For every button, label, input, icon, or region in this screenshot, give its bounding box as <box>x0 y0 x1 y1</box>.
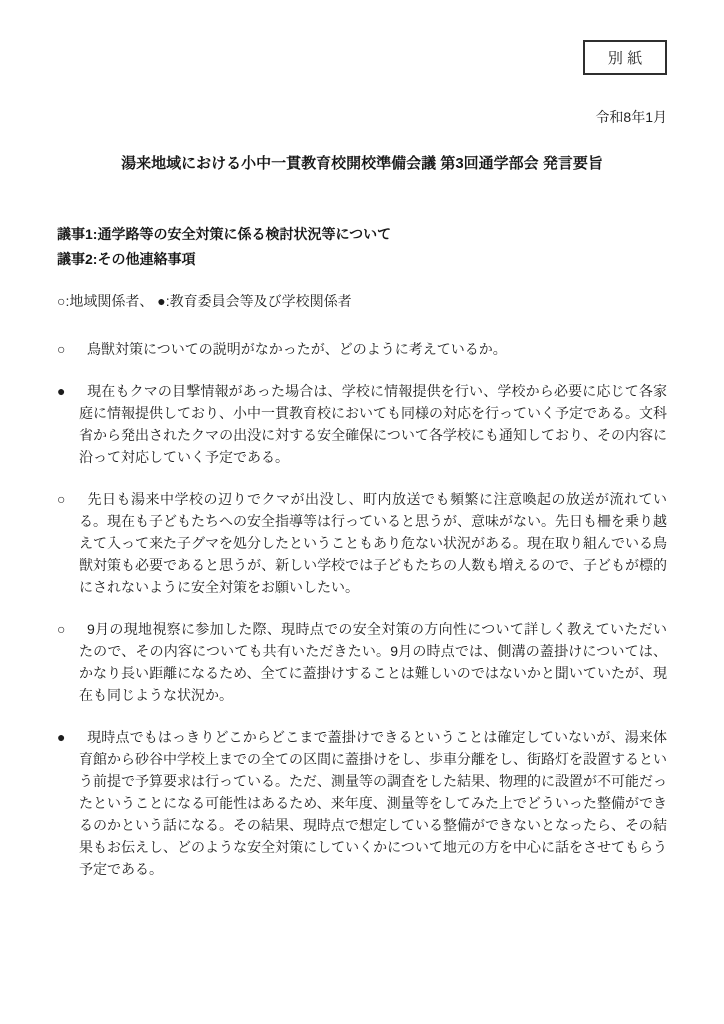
statement-4: ○9月の現地視察に参加した際、現時点での安全対策の方向性について詳しく教えていた… <box>57 618 667 706</box>
statement-3: ○先日も湯来中学校の辺りでクマが出没し、町内放送でも頻繁に注意喚起の放送が流れて… <box>57 488 667 598</box>
open-circle-marker-icon: ○ <box>57 618 87 640</box>
document-title: 湯来地域における小中一貫教育校開校準備会議 第3回通学部会 発言要旨 <box>57 152 667 176</box>
agenda-item-2: 議事2:その他連絡事項 <box>57 247 667 272</box>
filled-circle-marker-icon: ● <box>57 726 87 748</box>
agenda-list: 議事1:通学路等の安全対策に係る検討状況等について 議事2:その他連絡事項 <box>57 222 667 272</box>
statement-1: ○鳥獣対策についての説明がなかったが、どのように考えているか。 <box>57 338 667 360</box>
open-circle-marker-icon: ○ <box>57 488 87 510</box>
statement-5: ●現時点でもはっきりどこからどこまで蓋掛けできるということは確定していないが、湯… <box>57 726 667 880</box>
statement-text: 先日も湯来中学校の辺りでクマが出没し、町内放送でも頻繁に注意喚起の放送が流れてい… <box>79 491 667 595</box>
open-circle-marker-icon: ○ <box>57 338 87 360</box>
filled-circle-marker-icon: ● <box>57 380 87 402</box>
statement-text: 9月の現地視察に参加した際、現時点での安全対策の方向性について詳しく教えていただ… <box>79 621 667 703</box>
attachment-label-box: 別 紙 <box>583 40 667 75</box>
document-page: 別 紙 令和8年1月 湯来地域における小中一貫教育校開校準備会議 第3回通学部会… <box>0 0 724 1024</box>
statement-text: 現時点でもはっきりどこからどこまで蓋掛けできるということは確定していないが、湯来… <box>79 729 667 877</box>
statement-text: 現在もクマの目撃情報があった場合は、学校に情報提供を行い、学校から必要に応じて各… <box>79 383 667 465</box>
document-date: 令和8年1月 <box>57 106 667 128</box>
agenda-item-1: 議事1:通学路等の安全対策に係る検討状況等について <box>57 222 667 247</box>
statement-text: 鳥獣対策についての説明がなかったが、どのように考えているか。 <box>87 341 507 357</box>
attachment-label: 別 紙 <box>608 47 642 68</box>
statement-2: ●現在もクマの目撃情報があった場合は、学校に情報提供を行い、学校から必要に応じて… <box>57 380 667 468</box>
speaker-legend: ○:地域関係者、 ●:教育委員会等及び学校関係者 <box>57 290 667 312</box>
